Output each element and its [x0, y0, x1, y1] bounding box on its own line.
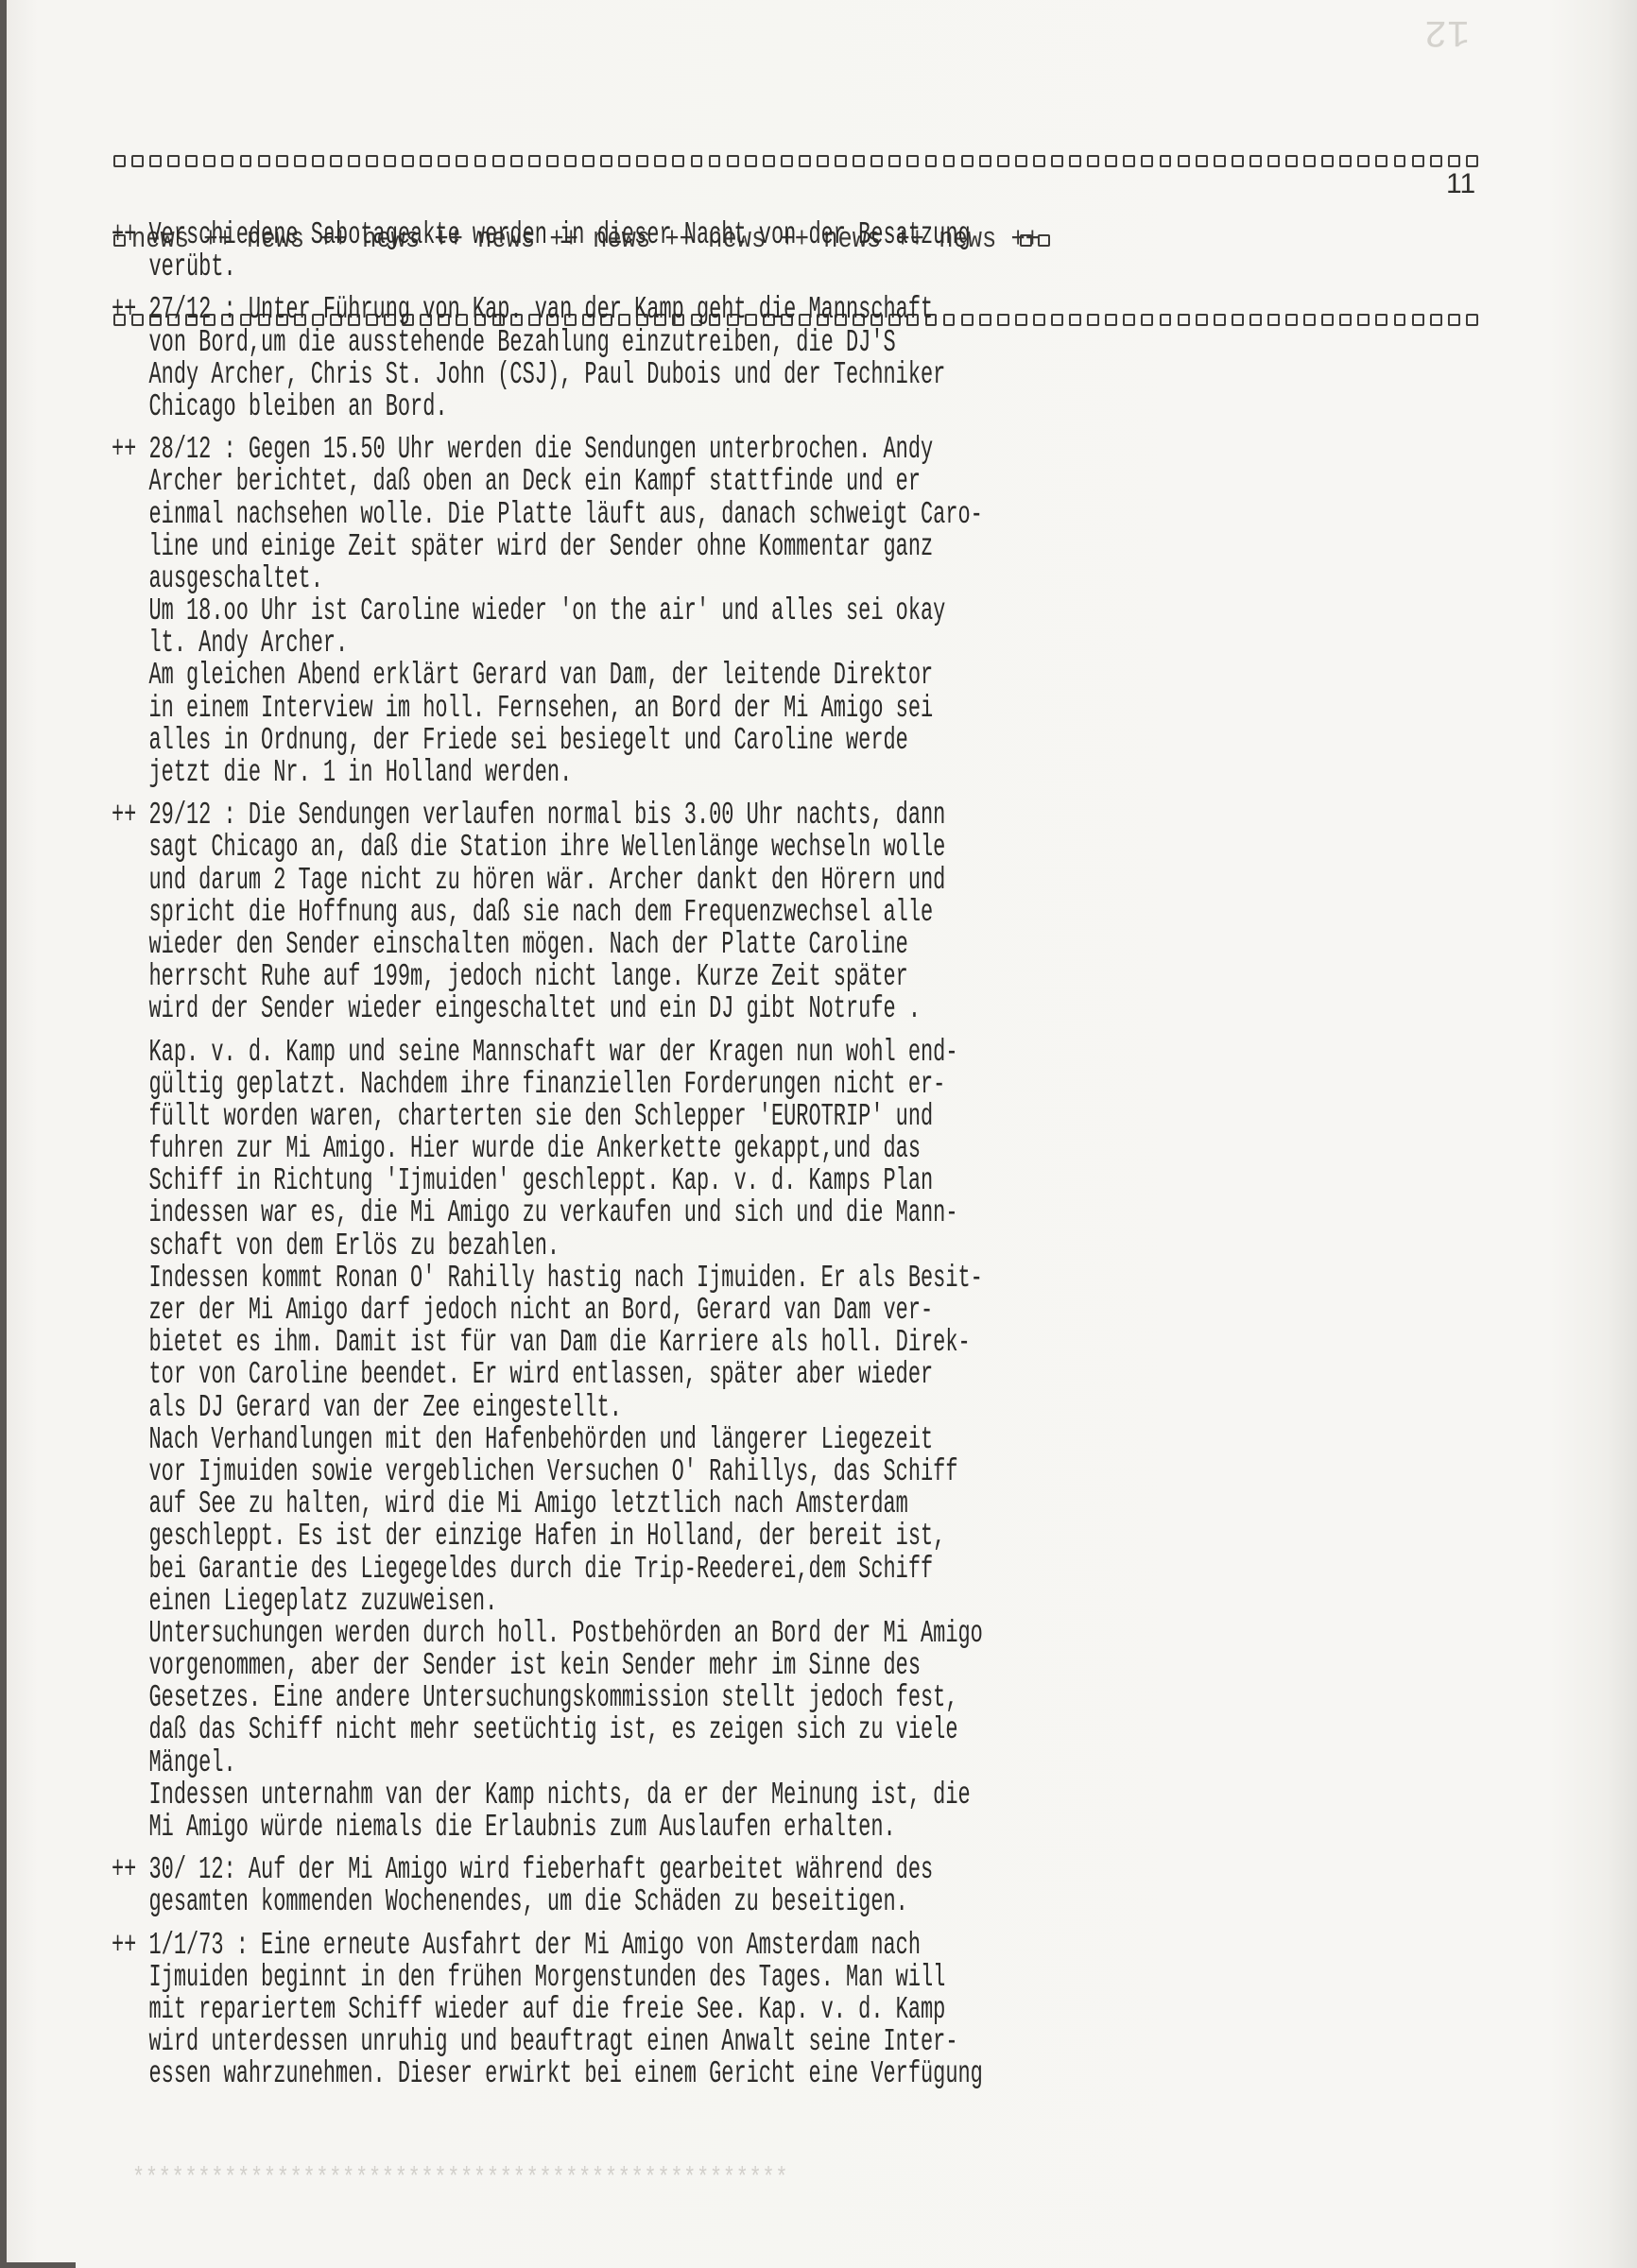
- text-line: essen wahrzunehmen. Dieser erwirkt bei e…: [112, 2058, 1092, 2090]
- banner-box-icon: [709, 155, 721, 167]
- banner-box-icon: [384, 155, 396, 167]
- banner-box-icon: [1375, 155, 1387, 167]
- text-line: wird unterdessen unruhig und beauftragt …: [112, 2026, 1092, 2058]
- banner-box-icon: [438, 155, 450, 167]
- news-entry-30-12: ++ 30/ 12: Auf der Mi Amigo wird fieberh…: [112, 1854, 1586, 1918]
- banner-box-icon: [185, 155, 198, 167]
- banner-box-icon: [1105, 155, 1117, 167]
- text-line: füllt worden waren, charterten sie den S…: [112, 1101, 1092, 1133]
- banner-box-row-top: [113, 147, 1484, 174]
- news-entry-1-1-73: ++ 1/1/73 : Eine erneute Ausfahrt der Mi…: [112, 1930, 1586, 2091]
- text-line: Mi Amigo würde niemals die Erlaubnis zum…: [112, 1812, 1092, 1844]
- banner-box-icon: [817, 155, 829, 167]
- text-line: Untersuchungen werden durch holl. Postbe…: [112, 1618, 1092, 1650]
- banner-box-icon: [492, 155, 505, 167]
- text-line: Indessen kommt Ronan O' Rahilly hastig n…: [112, 1263, 1092, 1295]
- text-line: Schiff in Richtung 'Ijmuiden' geschleppt…: [112, 1165, 1092, 1197]
- banner-box-icon: [113, 155, 126, 167]
- banner-box-icon: [1178, 155, 1190, 167]
- banner-box-icon: [1285, 155, 1298, 167]
- banner-box-icon: [1160, 155, 1172, 167]
- text-line: Archer berichtet, daß oben an Deck ein K…: [112, 466, 1092, 498]
- text-line: tor von Caroline beendet. Er wird entlas…: [112, 1359, 1092, 1391]
- text-line: Chicago bleiben an Bord.: [112, 391, 1092, 423]
- news-content: ++ Verschiedene Sabotageakte werden in d…: [112, 219, 1586, 2102]
- banner-box-icon: [510, 155, 523, 167]
- text-line: Indessen unternahm van der Kamp nichts, …: [112, 1779, 1092, 1812]
- news-entry-27-12: ++ 27/12 : Unter Führung von Kap. van de…: [112, 294, 1586, 423]
- banner-box-icon: [564, 155, 577, 167]
- banner-box-icon: [943, 155, 956, 167]
- news-entry-28-12: ++ 28/12 : Gegen 15.50 Uhr werden die Se…: [112, 434, 1586, 789]
- text-line: ++ 1/1/73 : Eine erneute Ausfahrt der Mi…: [112, 1930, 1092, 1962]
- banner-box-icon: [1249, 155, 1262, 167]
- text-line: einmal nachsehen wolle. Die Platte läuft…: [112, 499, 1092, 531]
- text-line: fuhren zur Mi Amigo. Hier wurde die Anke…: [112, 1133, 1092, 1165]
- banner-box-icon: [636, 155, 648, 167]
- banner-box-icon: [1214, 155, 1226, 167]
- text-line: line und einige Zeit später wird der Sen…: [112, 531, 1092, 563]
- banner-box-icon: [1394, 155, 1406, 167]
- banner-box-icon: [1196, 155, 1208, 167]
- banner-box-icon: [149, 155, 162, 167]
- banner-box-icon: [906, 155, 919, 167]
- text-line: ++ 30/ 12: Auf der Mi Amigo wird fieberh…: [112, 1854, 1092, 1886]
- banner-box-icon: [456, 155, 468, 167]
- banner-box-icon: [258, 155, 270, 167]
- text-line: indessen war es, die Mi Amigo zu verkauf…: [112, 1197, 1092, 1229]
- banner-box-icon: [330, 155, 342, 167]
- banner-box-icon: [1466, 155, 1478, 167]
- banner-box-icon: [348, 155, 360, 167]
- banner-box-icon: [312, 155, 324, 167]
- banner-box-icon: [474, 155, 487, 167]
- text-line: vor Ijmuiden sowie vergeblichen Versuche…: [112, 1456, 1092, 1488]
- banner-box-icon: [131, 155, 144, 167]
- text-line: Andy Archer, Chris St. John (CSJ), Paul …: [112, 359, 1092, 391]
- banner-box-icon: [1232, 155, 1244, 167]
- text-line: herrscht Ruhe auf 199m, jedoch nicht lan…: [112, 961, 1092, 993]
- banner-box-icon: [1448, 155, 1460, 167]
- text-line: auf See zu halten, wird die Mi Amigo let…: [112, 1488, 1092, 1521]
- text-line: alles in Ordnung, der Friede sei besiege…: [112, 725, 1092, 757]
- banner-box-icon: [1303, 155, 1316, 167]
- banner-box-icon: [997, 155, 1009, 167]
- text-line: wird der Sender wieder eingeschaltet und…: [112, 993, 1092, 1025]
- text-line: jetzt die Nr. 1 in Holland werden.: [112, 757, 1092, 789]
- banner-box-icon: [672, 155, 684, 167]
- banner-box-icon: [1412, 155, 1424, 167]
- banner-box-icon: [1321, 155, 1334, 167]
- text-line: als DJ Gerard van der Zee eingestellt.: [112, 1392, 1092, 1424]
- banner-box-icon: [1141, 155, 1153, 167]
- banner-box-icon: [1339, 155, 1352, 167]
- document-page: 12 news ++ news ++ news ++ news ++ news …: [0, 0, 1637, 2268]
- text-line: einen Liegeplatz zuzuweisen.: [112, 1586, 1092, 1618]
- text-line: wieder den Sender einschalten mögen. Nac…: [112, 929, 1092, 961]
- banner-box-icon: [691, 155, 703, 167]
- text-line: Nach Verhandlungen mit den Hafenbehörden…: [112, 1424, 1092, 1456]
- banner-box-icon: [221, 155, 233, 167]
- text-line: Um 18.oo Uhr ist Caroline wieder 'on the…: [112, 595, 1092, 627]
- banner-box-icon: [1015, 155, 1027, 167]
- text-line: gültig geplatzt. Nachdem ihre finanziell…: [112, 1069, 1092, 1101]
- text-line: Am gleichen Abend erklärt Gerard van Dam…: [112, 660, 1092, 692]
- news-entry-kamp-crew: Kap. v. d. Kamp und seine Mannschaft war…: [112, 1037, 1586, 1845]
- page-edge-shadow: [0, 0, 7, 2268]
- text-line: ++ 29/12 : Die Sendungen verlaufen norma…: [112, 799, 1092, 832]
- text-line: mit repariertem Schiff wieder auf die fr…: [112, 1994, 1092, 2026]
- text-line: sagt Chicago an, daß die Station ihre We…: [112, 832, 1092, 864]
- banner-box-icon: [781, 155, 793, 167]
- banner-box-icon: [979, 155, 991, 167]
- banner-box-icon: [546, 155, 559, 167]
- page-corner-shadow: [0, 2262, 76, 2268]
- banner-box-icon: [600, 155, 612, 167]
- banner-box-icon: [745, 155, 757, 167]
- text-line: Kap. v. d. Kamp und seine Mannschaft war…: [112, 1037, 1092, 1069]
- banner-box-icon: [366, 155, 378, 167]
- text-line: zer der Mi Amigo darf jedoch nicht an Bo…: [112, 1295, 1092, 1327]
- banner-box-icon: [1087, 155, 1099, 167]
- text-line: ++ Verschiedene Sabotageakte werden in d…: [112, 219, 1092, 251]
- banner-box-icon: [925, 155, 938, 167]
- text-line: in einem Interview im holl. Fernsehen, a…: [112, 693, 1092, 725]
- text-line: vorgenommen, aber der Sender ist kein Se…: [112, 1650, 1092, 1682]
- banner-box-icon: [1123, 155, 1135, 167]
- banner-box-icon: [835, 155, 847, 167]
- news-entry-sabotage: ++ Verschiedene Sabotageakte werden in d…: [112, 219, 1586, 283]
- text-line: spricht die Hoffnung aus, daß sie nach d…: [112, 897, 1092, 929]
- text-line: verübt.: [112, 251, 1092, 283]
- banner-box-icon: [294, 155, 306, 167]
- banner-box-icon: [888, 155, 901, 167]
- text-line: bei Garantie des Liegegeldes durch die T…: [112, 1554, 1092, 1586]
- banner-box-icon: [1357, 155, 1370, 167]
- banner-box-icon: [203, 155, 215, 167]
- banner-box-icon: [528, 155, 541, 167]
- banner-box-icon: [1069, 155, 1081, 167]
- banner-box-icon: [1051, 155, 1063, 167]
- banner-box-icon: [654, 155, 666, 167]
- bleed-through-star-divider: ****************************************…: [132, 2164, 788, 2193]
- text-line: Ijmuiden beginnt in den frühen Morgenstu…: [112, 1962, 1092, 1994]
- banner-box-icon: [240, 155, 252, 167]
- banner-box-icon: [1430, 155, 1442, 167]
- text-line: geschleppt. Es ist der einzige Hafen in …: [112, 1521, 1092, 1553]
- banner-box-icon: [276, 155, 288, 167]
- banner-box-icon: [1267, 155, 1280, 167]
- text-line: und darum 2 Tage nicht zu hören wär. Arc…: [112, 865, 1092, 897]
- banner-box-icon: [420, 155, 432, 167]
- banner-box-icon: [727, 155, 739, 167]
- text-line: gesamten kommenden Wochenendes, um die S…: [112, 1886, 1092, 1918]
- banner-box-icon: [763, 155, 775, 167]
- text-line: ++ 28/12 : Gegen 15.50 Uhr werden die Se…: [112, 434, 1092, 466]
- text-line: lt. Andy Archer.: [112, 627, 1092, 660]
- banner-box-icon: [961, 155, 974, 167]
- banner-box-icon: [1033, 155, 1045, 167]
- banner-box-icon: [167, 155, 180, 167]
- text-line: ++ 27/12 : Unter Führung von Kap. van de…: [112, 294, 1092, 326]
- bleed-through-page-number: 12: [1424, 9, 1470, 52]
- banner-box-icon: [618, 155, 630, 167]
- page-number: 11: [1446, 168, 1475, 200]
- text-line: ausgeschaltet.: [112, 563, 1092, 595]
- banner-box-icon: [402, 155, 414, 167]
- text-line: schaft von dem Erlös zu bezahlen.: [112, 1230, 1092, 1263]
- text-line: von Bord,um die ausstehende Bezahlung ei…: [112, 327, 1092, 359]
- text-line: Gesetzes. Eine andere Untersuchungskommi…: [112, 1682, 1092, 1714]
- text-line: daß das Schiff nicht mehr seetüchtig ist…: [112, 1714, 1092, 1746]
- text-line: Mängel.: [112, 1747, 1092, 1779]
- banner-box-icon: [870, 155, 883, 167]
- text-line: bietet es ihm. Damit ist für van Dam die…: [112, 1327, 1092, 1359]
- news-entry-29-12: ++ 29/12 : Die Sendungen verlaufen norma…: [112, 799, 1586, 1025]
- banner-box-icon: [582, 155, 594, 167]
- banner-box-icon: [853, 155, 865, 167]
- banner-box-icon: [799, 155, 811, 167]
